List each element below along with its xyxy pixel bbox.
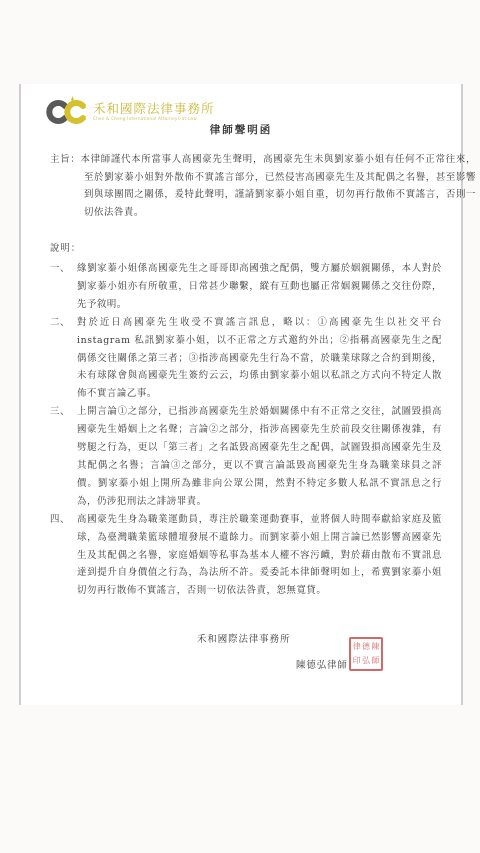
red-seal-stamp-icon: 律 德 陳 印 弘 師 — [349, 637, 383, 671]
document-title: 律師聲明函 — [21, 122, 461, 137]
signer-name: 陳德弘律師 — [296, 657, 348, 671]
description-list: 一、 緣劉家蓁小姐係高國豪先生之哥哥即高國強之配偶，雙方屬於姻親關係，本人對於劉… — [50, 260, 442, 600]
seal-char: 陳 — [371, 640, 380, 654]
subject-label: 主旨： — [50, 154, 80, 165]
item-text: 緣劉家蓁小姐係高國豪先生之哥哥即高國強之配偶，雙方屬於姻親關係，本人對於劉家蓁小… — [77, 260, 442, 314]
item-number: 一、 — [50, 260, 77, 314]
description-label: 說明： — [50, 240, 81, 254]
list-item: 四、 高國豪先生身為職業運動員，專注於職業運動賽事，並將個人時間奉獻給家庭及籃球… — [50, 511, 442, 601]
firm-name-english: Chen & Cheng International Attorneys-at-… — [93, 116, 215, 122]
item-number: 四、 — [50, 511, 77, 601]
list-item: 三、 上開言論①之部分，已指涉高國豪先生於婚姻關係中有不正常之交往，試圖毀損高國… — [50, 403, 442, 510]
subject-text: 本律師謹代本所當事人高國豪先生聲明，高國豪先生未與劉家蓁小姐有任何不正常往來，至… — [80, 154, 476, 218]
list-item: 二、 對於近日高國豪先生收受不實謠言訊息，略以：①高國豪先生以社交平台 inst… — [50, 314, 442, 404]
list-item: 一、 緣劉家蓁小姐係高國豪先生之哥哥即高國強之配偶，雙方屬於姻親關係，本人對於劉… — [50, 260, 442, 314]
closing-firm-name: 禾和國際法律事務所 — [197, 631, 290, 645]
item-number: 三、 — [50, 403, 77, 510]
firm-name-chinese: 禾和國際法律事務所 — [93, 101, 215, 116]
item-text: 對於近日高國豪先生收受不實謠言訊息，略以：①高國豪先生以社交平台 instagr… — [77, 314, 442, 404]
seal-char: 師 — [371, 654, 380, 668]
item-text: 上開言論①之部分，已指涉高國豪先生於婚姻關係中有不正常之交往，試圖毀損高國豪先生… — [77, 403, 442, 510]
seal-char: 弘 — [361, 654, 370, 668]
seal-char: 印 — [352, 654, 361, 668]
seal-char: 律 — [352, 640, 361, 654]
document-page: 禾和國際法律事務所 Chen & Cheng International Att… — [19, 84, 463, 705]
seal-char: 德 — [361, 640, 370, 654]
item-number: 二、 — [50, 314, 77, 404]
item-text: 高國豪先生身為職業運動員，專注於職業運動賽事，並將個人時間奉獻給家庭及籃球，為臺… — [77, 511, 442, 601]
subject-paragraph: 主旨：本律師謹代本所當事人高國豪先生聲明，高國豪先生未與劉家蓁小姐有任何不正常往… — [50, 151, 476, 221]
